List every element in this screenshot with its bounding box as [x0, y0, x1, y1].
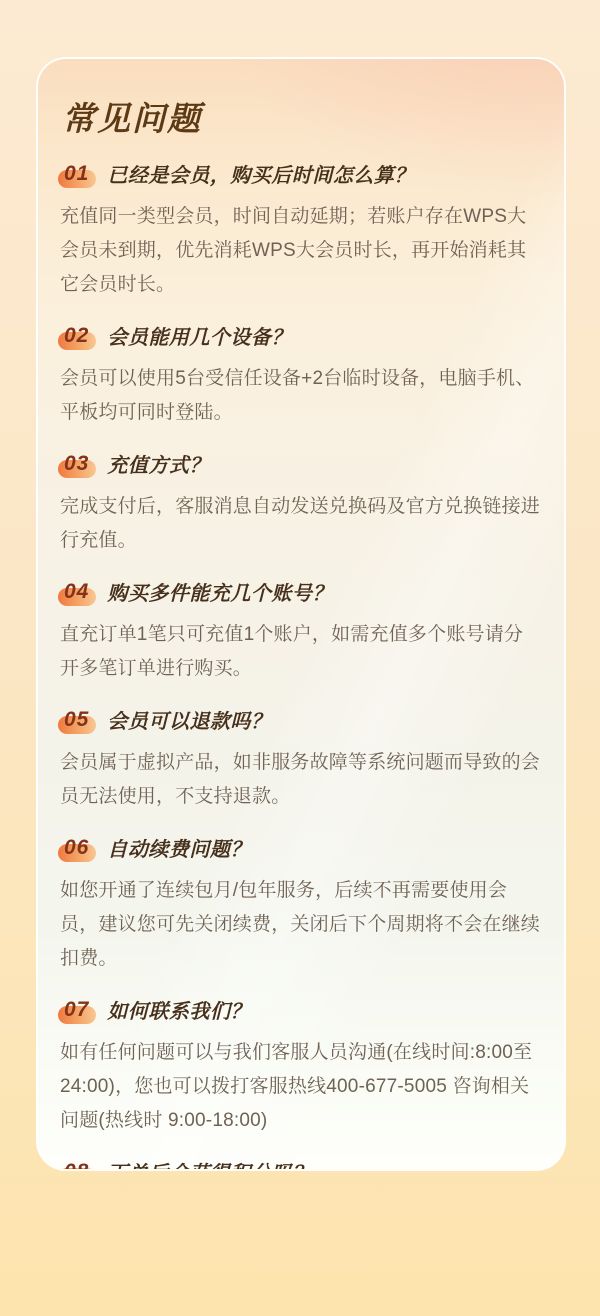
question-number-badge: 02 [60, 324, 94, 348]
faq-item-8: 08 下单后会获得积分吗？ 在本店下单可获得店铺会员积分，积分可以兑换 WPS … [60, 1157, 542, 1171]
question-number-badge: 07 [60, 998, 94, 1022]
question-text: 会员能用几个设备？ [107, 321, 292, 350]
question-text: 会员可以退款吗？ [107, 705, 271, 734]
question-number: 07 [64, 998, 89, 1021]
question-text: 购买多件能充几个账号？ [107, 577, 333, 606]
question-text: 下单后会获得积分吗？ [107, 1157, 312, 1171]
answer-text: 会员可以使用5台受信任设备+2台临时设备，电脑手机、平板均可同时登陆。 [60, 362, 542, 430]
faq-item-4: 04 购买多件能充几个账号？ 直充订单1笔只可充值1个账户，如需充值多个账号请分… [60, 577, 542, 686]
question-text: 自动续费问题？ [107, 833, 251, 862]
question-number-badge: 06 [60, 836, 94, 860]
question-text: 已经是会员，购买后时间怎么算？ [107, 159, 415, 188]
faq-question-row: 06 自动续费问题？ [60, 833, 542, 862]
faq-question-row: 02 会员能用几个设备？ [60, 321, 542, 350]
answer-text: 会员属于虚拟产品，如非服务故障等系统问题而导致的会员无法使用，不支持退款。 [60, 746, 542, 814]
faq-item-1: 01 已经是会员，购买后时间怎么算？ 充值同一类型会员，时间自动延期；若账户存在… [60, 159, 542, 302]
question-number-badge: 03 [60, 452, 94, 476]
faq-section-title: 常见问题 [62, 93, 542, 140]
faq-item-7: 07 如何联系我们？ 如有任何问题可以与我们客服人员沟通(在线时间:8:00至2… [60, 995, 542, 1138]
faq-question-row: 07 如何联系我们？ [60, 995, 542, 1024]
question-number-badge: 01 [60, 162, 94, 186]
question-number: 03 [64, 452, 89, 475]
question-number-badge: 05 [60, 708, 94, 732]
faq-item-2: 02 会员能用几个设备？ 会员可以使用5台受信任设备+2台临时设备，电脑手机、平… [60, 321, 542, 430]
faq-card: 常见问题 01 已经是会员，购买后时间怎么算？ 充值同一类型会员，时间自动延期；… [36, 57, 566, 1171]
faq-question-row: 01 已经是会员，购买后时间怎么算？ [60, 159, 542, 188]
answer-text: 直充订单1笔只可充值1个账户，如需充值多个账号请分开多笔订单进行购买。 [60, 618, 542, 686]
answer-text: 充值同一类型会员，时间自动延期；若账户存在WPS大会员未到期，优先消耗WPS大会… [60, 200, 542, 302]
question-number: 08 [64, 1160, 89, 1172]
question-number-badge: 08 [60, 1160, 94, 1172]
question-number: 01 [64, 162, 89, 185]
faq-item-5: 05 会员可以退款吗？ 会员属于虚拟产品，如非服务故障等系统问题而导致的会员无法… [60, 705, 542, 814]
faq-question-row: 04 购买多件能充几个账号？ [60, 577, 542, 606]
question-number-badge: 04 [60, 580, 94, 604]
faq-question-row: 05 会员可以退款吗？ [60, 705, 542, 734]
answer-text: 如有任何问题可以与我们客服人员沟通(在线时间:8:00至24:00)，您也可以拨… [60, 1036, 542, 1138]
question-number: 04 [64, 580, 89, 603]
answer-text: 如您开通了连续包月/包年服务，后续不再需要使用会员，建议您可先关闭续费，关闭后下… [60, 874, 542, 976]
question-number: 06 [64, 836, 89, 859]
faq-question-row: 03 充值方式？ [60, 449, 542, 478]
question-number: 02 [64, 324, 89, 347]
question-text: 如何联系我们？ [107, 995, 251, 1024]
faq-item-6: 06 自动续费问题？ 如您开通了连续包月/包年服务，后续不再需要使用会员，建议您… [60, 833, 542, 976]
faq-question-row: 08 下单后会获得积分吗？ [60, 1157, 542, 1171]
question-number: 05 [64, 708, 89, 731]
faq-item-3: 03 充值方式？ 完成支付后，客服消息自动发送兑换码及官方兑换链接进行充值。 [60, 449, 542, 558]
question-text: 充值方式？ [107, 449, 210, 478]
answer-text: 完成支付后，客服消息自动发送兑换码及官方兑换链接进行充值。 [60, 490, 542, 558]
